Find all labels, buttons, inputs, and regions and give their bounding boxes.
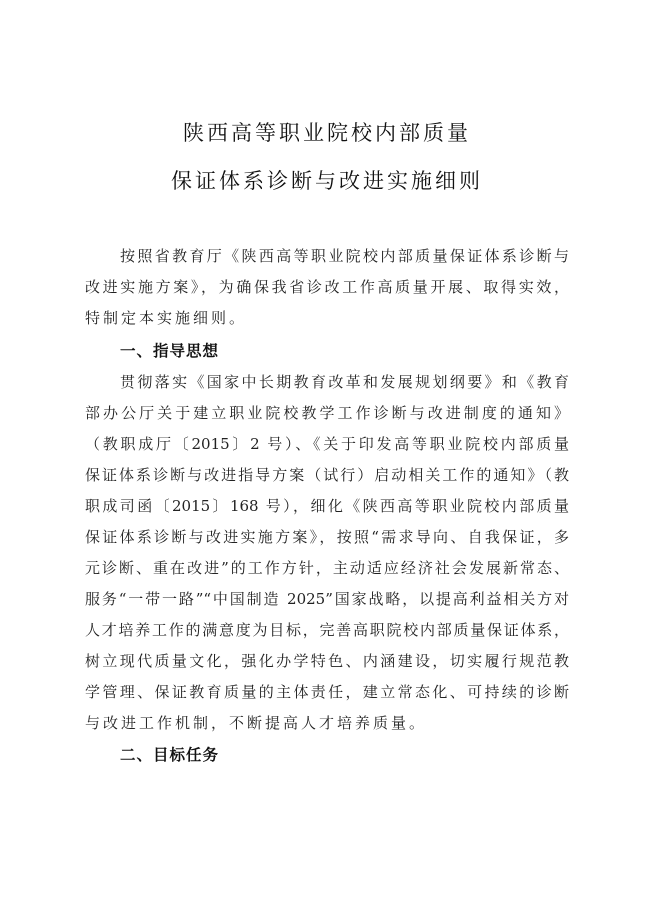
paragraph-line: （教职成厅〔2015〕2 号）、《关于印发高等职业院校内部质量: [85, 434, 569, 454]
document-title-line-2: 保证体系诊断与改进实施细则: [0, 169, 646, 193]
paragraph-line: 服务“一带一路”“中国制造 2025”国家战略，以提高利益相关方对: [85, 589, 569, 609]
paragraph-line: 改进实施方案》，为确保我省诊改工作高质量开展、取得实效，: [85, 277, 569, 297]
paragraph-line: 元诊断、重在改进”的工作方针，主动适应经济社会发展新常态、: [85, 558, 569, 578]
paragraph-line: 贯彻落实《国家中长期教育改革和发展规划纲要》和《教育: [120, 372, 569, 392]
paragraph-line: 职成司函〔2015〕168 号），细化《陕西高等职业院校内部质量: [85, 496, 569, 516]
paragraph-line: 特制定本实施细则。: [85, 308, 247, 328]
paragraph-line: 与改进工作机制，不断提高人才培养质量。: [85, 713, 427, 733]
paragraph-line: 人才培养工作的满意度为目标，完善高职院校内部质量保证体系，: [85, 620, 569, 640]
section-heading-objectives-tasks: 二、目标任务: [120, 745, 219, 765]
paragraph-line: 学管理、保证教育质量的主体责任，建立常态化、可持续的诊断: [85, 682, 569, 702]
paragraph-line: 部办公厅关于建立职业院校教学工作诊断与改进制度的通知》: [85, 403, 569, 423]
paragraph-line: 树立现代质量文化，强化办学特色、内涵建设，切实履行规范教: [85, 651, 569, 671]
document-title-line-1: 陕西高等职业院校内部质量: [0, 121, 646, 145]
paragraph-line: 保证体系诊断与改进实施方案》，按照“需求导向、自我保证，多: [85, 527, 569, 547]
paragraph-line: 按照省教育厅《陕西高等职业院校内部质量保证体系诊断与: [120, 246, 569, 266]
paragraph-line: 保证体系诊断与改进指导方案（试行）启动相关工作的通知》（教: [85, 465, 569, 485]
section-heading-guiding-ideology: 一、指导思想: [120, 341, 219, 361]
document-page: 陕西高等职业院校内部质量 保证体系诊断与改进实施细则 按照省教育厅《陕西高等职业…: [0, 0, 646, 916]
